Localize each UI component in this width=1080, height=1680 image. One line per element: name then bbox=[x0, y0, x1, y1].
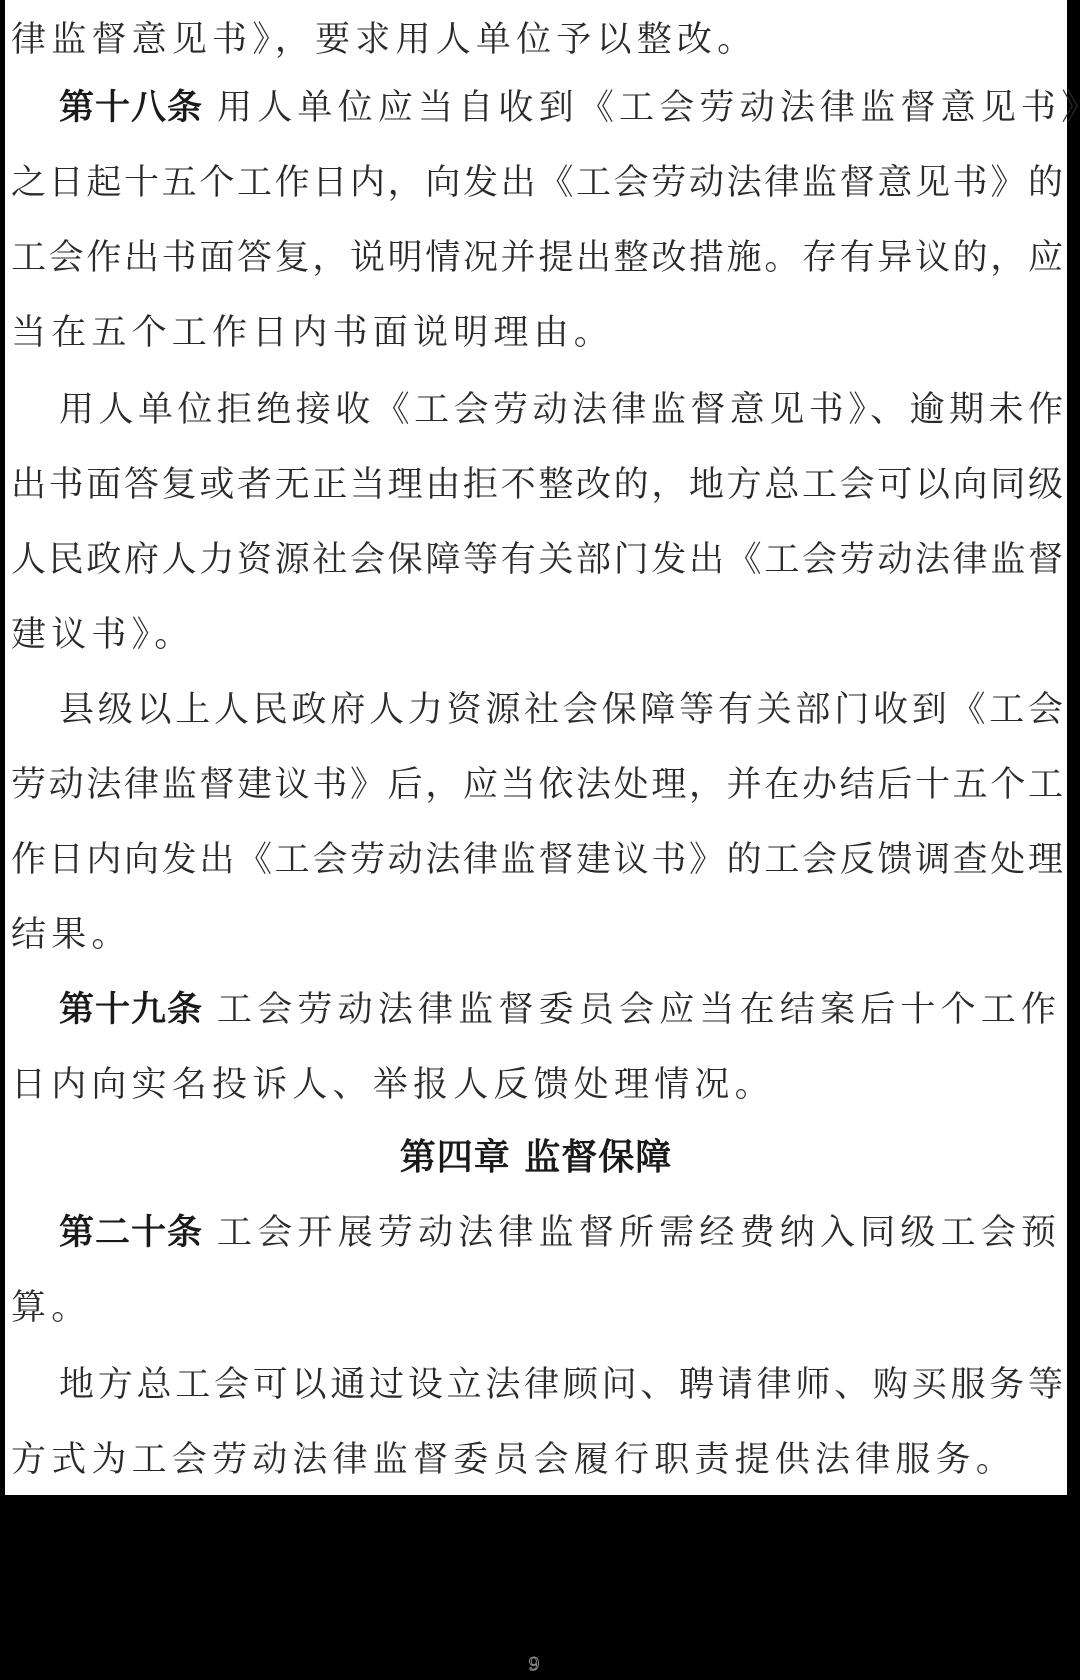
text-line: 之日起十五个工作日内，向发出《工会劳动法律监督意见书》的 bbox=[11, 153, 1063, 213]
text-line: 律监督意见书》，要求用人单位予以整改。 bbox=[11, 10, 1063, 70]
article-text: 用人单位应当自收到《工会劳动法律监督意见书》 bbox=[217, 88, 1080, 128]
article-20-first-line: 第二十条工会开展劳动法律监督所需经费纳入同级工会预 bbox=[59, 1203, 1063, 1263]
text-line: 劳动法律监督建议书》后，应当依法处理，并在办结后十五个工 bbox=[11, 755, 1063, 815]
text-line: 建议书》。 bbox=[11, 605, 1063, 665]
chapter-heading: 第四章 监督保障 bbox=[5, 1128, 1067, 1188]
text-line: 算。 bbox=[11, 1278, 1063, 1338]
paragraph-first-line: 地方总工会可以通过设立法律顾问、聘请律师、购买服务等 bbox=[59, 1355, 1063, 1415]
article-18-first-line: 第十八条用人单位应当自收到《工会劳动法律监督意见书》 bbox=[59, 78, 1063, 138]
text-line: 出书面答复或者无正当理由拒不整改的，地方总工会可以向同级 bbox=[11, 455, 1063, 515]
text-line: 当在五个工作日内书面说明理由。 bbox=[11, 303, 1063, 363]
text-line: 日内向实名投诉人、举报人反馈处理情况。 bbox=[11, 1055, 1063, 1115]
article-number-19: 第十九条 bbox=[59, 990, 203, 1030]
text-line: 结果。 bbox=[11, 905, 1063, 965]
text-line: 方式为工会劳动法律监督委员会履行职责提供法律服务。 bbox=[11, 1430, 1063, 1490]
article-text: 工会劳动法律监督委员会应当在结案后十个工作 bbox=[217, 990, 1061, 1030]
page-number: 9 bbox=[526, 1653, 542, 1677]
text-line: 工会作出书面答复，说明情况并提出整改措施。存有异议的，应 bbox=[11, 228, 1063, 288]
paragraph-first-line: 用人单位拒绝接收《工会劳动法律监督意见书》、逾期未作 bbox=[59, 380, 1063, 440]
article-number-20: 第二十条 bbox=[59, 1213, 203, 1253]
text-line: 作日内向发出《工会劳动法律监督建议书》的工会反馈调查处理 bbox=[11, 830, 1063, 890]
text-line: 人民政府人力资源社会保障等有关部门发出《工会劳动法律监督 bbox=[11, 530, 1063, 590]
article-number-18: 第十八条 bbox=[59, 88, 203, 128]
article-19-first-line: 第十九条工会劳动法律监督委员会应当在结案后十个工作 bbox=[59, 980, 1063, 1040]
article-text: 工会开展劳动法律监督所需经费纳入同级工会预 bbox=[217, 1213, 1061, 1253]
paragraph-first-line: 县级以上人民政府人力资源社会保障等有关部门收到《工会 bbox=[59, 680, 1063, 740]
document-page: 律监督意见书》，要求用人单位予以整改。 第十八条用人单位应当自收到《工会劳动法律… bbox=[5, 0, 1067, 1495]
